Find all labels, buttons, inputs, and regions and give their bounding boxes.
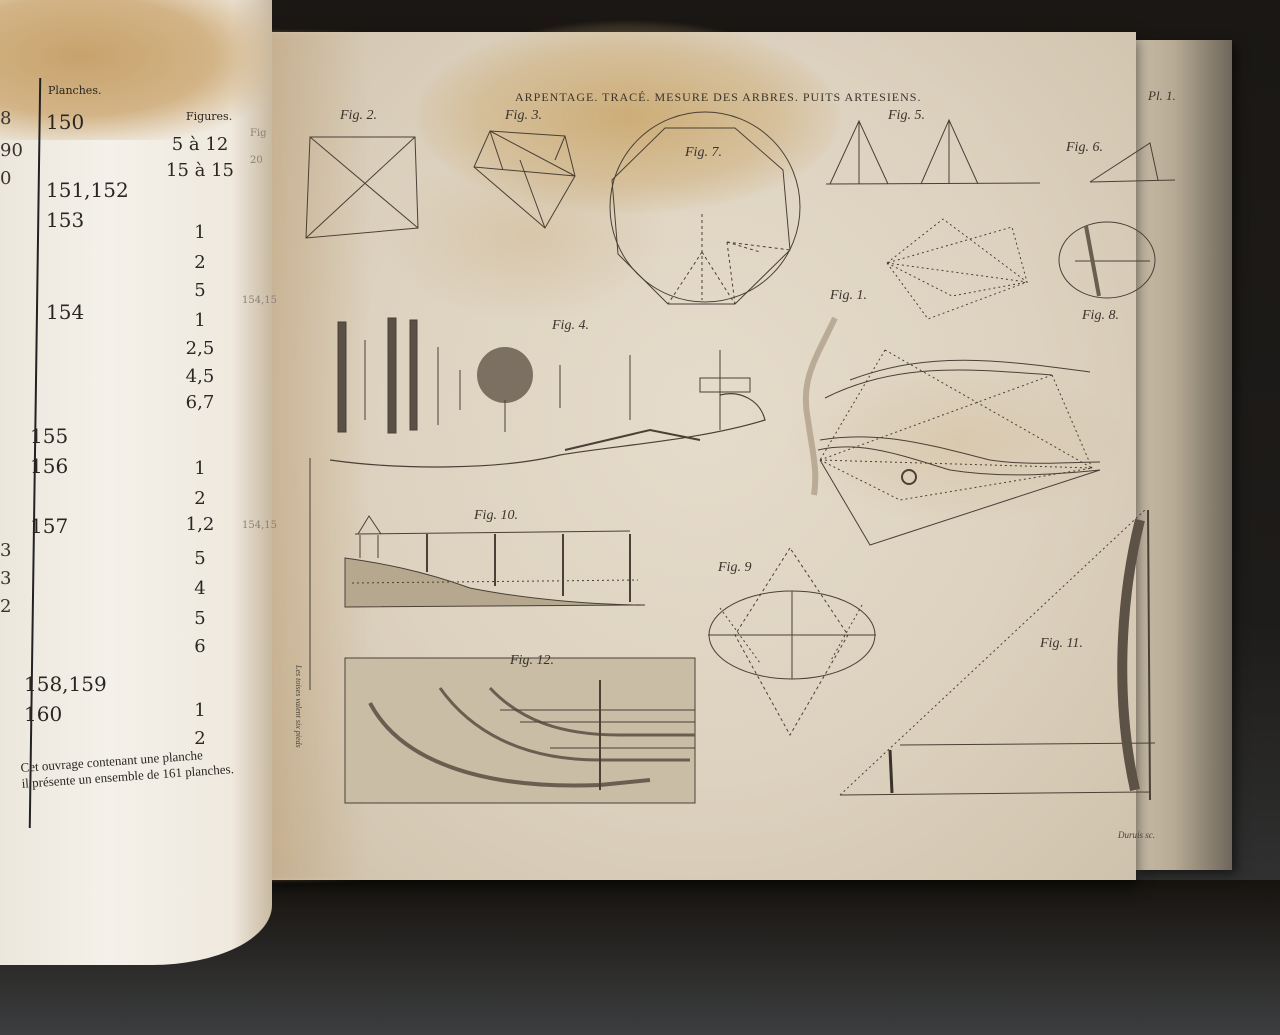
fig11-label: Fig. 11. xyxy=(1040,636,1083,652)
figures-cell: 4,5 xyxy=(160,366,240,387)
fig7-label: Fig. 7. xyxy=(685,145,722,161)
fig1-label: Fig. 1. xyxy=(830,288,867,304)
figures-cell: 5 xyxy=(160,608,240,629)
fig2-label: Fig. 2. xyxy=(340,108,377,124)
index-note: Cet ouvrage contenant une planche il pré… xyxy=(20,745,234,792)
figures-cell: 1 xyxy=(160,458,240,479)
figures-cell: 6 xyxy=(160,636,240,657)
fig12-artesian-section xyxy=(345,658,695,803)
fig2-square-diagram xyxy=(306,137,418,238)
fig12-label: Fig. 12. xyxy=(510,653,554,669)
figures-cell: 4 xyxy=(160,578,240,599)
left-edge-number: 3 xyxy=(0,540,11,561)
planches-header: Planches. xyxy=(48,84,101,97)
fig7-circle-polygon xyxy=(610,112,800,304)
fig8-ellipse xyxy=(1059,222,1155,298)
fig4-label: Fig. 4. xyxy=(552,318,589,334)
figures-cell: 2 xyxy=(160,488,240,509)
planche-160: 160 xyxy=(24,702,62,726)
plate-title: ARPENTAGE. TRACÉ. MESURE DES ARBRES. PUI… xyxy=(515,90,921,105)
fig5-label: Fig. 5. xyxy=(888,108,925,124)
figures-cell: 2 xyxy=(160,252,240,273)
figures-cell: 1 xyxy=(160,700,240,721)
right-edge-number: Fig xyxy=(250,128,267,139)
figures-cell: 5 à 12 xyxy=(160,134,240,155)
figures-cell: 5 xyxy=(160,280,240,301)
left-edge-number: 8 xyxy=(0,108,11,129)
left-edge-number: 90 xyxy=(0,140,23,161)
figures-cell: 2,5 xyxy=(160,338,240,359)
right-edge-number: 154,15 xyxy=(242,295,277,306)
right-edge-number: 154,15 xyxy=(242,520,277,531)
fig10-leveling-profile xyxy=(345,516,645,607)
figures-cell: 1 xyxy=(160,222,240,243)
planche-154: 154 xyxy=(46,300,84,324)
index-page: Planches. Figures. 8 90 0 3 3 2 150 5 à … xyxy=(0,0,272,965)
figures-cell: 1,2 xyxy=(160,514,240,535)
planche-156: 156 xyxy=(30,454,68,478)
right-edge-number: 20 xyxy=(250,155,263,166)
planche-158-159: 158,159 xyxy=(24,672,107,696)
figures-cell: 5 xyxy=(160,548,240,569)
left-edge-number: 3 xyxy=(0,568,11,589)
fig9-label: Fig. 9 xyxy=(718,560,751,576)
planche-153: 153 xyxy=(46,208,84,232)
fig3-polygon-diagram xyxy=(474,131,575,228)
fig10-label: Fig. 10. xyxy=(474,508,518,524)
fig4-landscape xyxy=(330,318,765,467)
fig6-label: Fig. 6. xyxy=(1066,140,1103,156)
left-edge-number: 2 xyxy=(0,596,11,617)
figures-cell: 15 à 15 xyxy=(160,160,240,181)
engraver-credit: Duruis sc. xyxy=(1118,830,1155,840)
fig9-ellipse-construction xyxy=(708,548,876,735)
planche-157: 157 xyxy=(30,514,68,538)
planche-150: 150 xyxy=(46,110,84,134)
fig1-upper-polygon xyxy=(887,219,1027,319)
figures-header: Figures. xyxy=(186,110,232,123)
figures-cell: 6,7 xyxy=(160,392,240,413)
left-edge-number: 0 xyxy=(0,168,11,189)
fig11-tree-measurement xyxy=(840,510,1155,800)
fig1-survey-map xyxy=(806,318,1100,545)
side-scale-caption: Les toises valent six pieds xyxy=(294,665,303,748)
figures-cell: 1 xyxy=(160,310,240,331)
planche-151-152: 151,152 xyxy=(46,178,129,202)
fig8-label: Fig. 8. xyxy=(1082,308,1119,324)
planche-155: 155 xyxy=(30,424,68,448)
plate-number: Pl. 1. xyxy=(1148,88,1176,104)
fig3-label: Fig. 3. xyxy=(505,108,542,124)
fig5-triangles xyxy=(826,120,1040,184)
